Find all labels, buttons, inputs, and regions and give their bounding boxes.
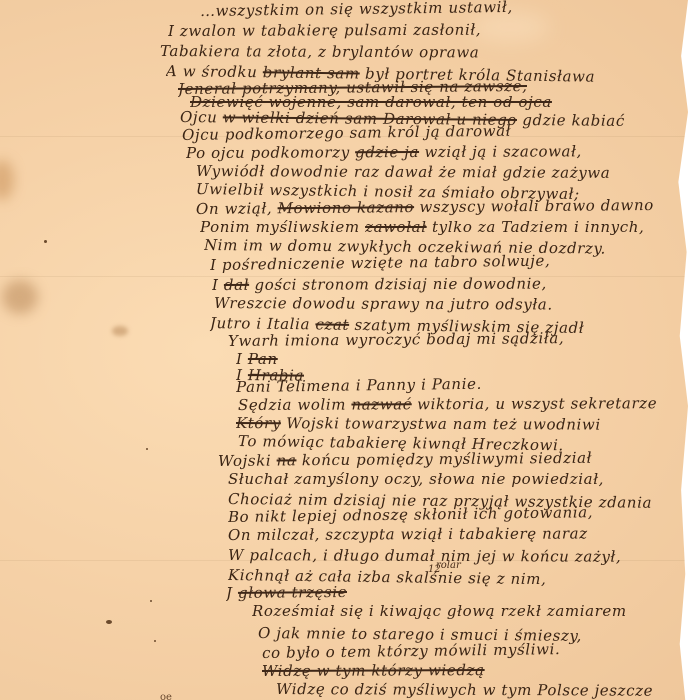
line-text: A w środku [166,62,263,81]
line-text-after: wiktoria, u wszyst sekretarze [417,394,657,413]
water-stain [2,280,38,314]
manuscript-line: J głowa trzęsie [226,583,347,602]
manuscript-line: W palcach, i długo dumał nim jej w końcu… [228,546,621,566]
line-text-after: wszyscy wołali brawo dawno [419,196,653,216]
water-stain [112,326,128,336]
manuscript-line: Słuchał zamyślony oczy, słowa nie powied… [228,470,604,488]
line-text: Ojcu podkomorzego sam król ją darował [182,122,511,144]
line-text: Po ojcu podkomorzy [186,143,355,162]
line-text: co było o tem którzy mówili myśliwi. [262,640,561,662]
manuscript-line: Po ojcu podkomorzy gdzie ja wziął ją i s… [186,142,582,162]
manuscript-line: Wojski na końcu pomiędzy myśliwymi siedz… [218,449,592,470]
line-text-after: wziął ją i szacował, [424,142,582,161]
manuscript-line: Który Wojski towarzystwa nam też uwodniw… [236,414,601,434]
margin-mark: oe [160,692,172,700]
ink-speck [146,448,148,450]
line-text: Ojcu [180,108,223,126]
manuscript-line: On milczał, szczypta wziął i tabakierę n… [228,524,588,544]
line-text: On wziął, [196,199,278,218]
manuscript-line: Wywiódł dowodnie raz dawał że miał gdzie… [196,162,610,182]
struck-text: Widzę w tym którzy wiedzą [262,661,485,680]
manuscript-line: Widzę w tym którzy wiedzą [262,661,485,680]
line-text: W palcach, i długo dumał nim jej w końcu… [228,546,621,566]
line-text: Widzę co dziś myśliwych w tym Polsce jes… [276,680,653,700]
line-text: Wojski [218,451,277,470]
struck-text: głowa trzęsie [238,583,347,602]
water-stain [0,160,14,200]
struck-text: gdzie ja [355,143,419,161]
ink-speck [154,640,156,642]
line-text-after: tylko za Tadziem i innych, [432,218,644,236]
manuscript-line: Tabakiera ta złota, z brylantów oprawa [160,42,479,61]
struck-text: Mowiono kazano [278,198,415,217]
line-text: Słuchał zamyślony oczy, słowa nie powied… [228,470,604,488]
struck-text: dał [224,276,249,294]
line-text: Ponim myśliwskiem [200,218,365,236]
line-text: J [226,584,238,602]
ink-speck [44,240,47,243]
manuscript-line: Roześmiał się i kiwając głową rzekł zami… [252,602,627,620]
line-text: I [212,276,224,294]
manuscript-line: Sędzia wolim nazwać wiktoria, u wszyst s… [238,394,657,414]
line-text: I zwalon w tabakierę pulsami zasłonił, [168,21,481,40]
line-text: Wreszcie dowodu sprawy na jutro odsyła. [214,294,553,313]
manuscript-line: co było o tem którzy mówili myśliwi. [262,640,561,662]
manuscript-page: …wszystkim on się wszystkim ustawił, I z… [0,0,688,700]
manuscript-line: Ywarh imiona wyroczyć bodaj mi sądziła, [228,329,564,350]
manuscript-line: Widzę co dziś myśliwych w tym Polsce jes… [276,680,653,700]
line-text: …wszystkim on się wszystkim ustawił, [200,0,513,20]
line-text: Wywiódł dowodnie raz dawał że miał gdzie… [196,162,610,182]
line-text: Pani Telimena i Panny i Panie. [236,375,482,396]
manuscript-line: …wszystkim on się wszystkim ustawił, [200,0,513,20]
manuscript-line: I dał gości stronom dzisiaj nie dowodnie… [212,275,547,294]
struck-text: na [277,451,297,469]
manuscript-line: Ponim myśliwskiem zawołał tylko za Tadzi… [200,218,644,236]
manuscript-line: Wreszcie dowodu sprawy na jutro odsyła. [214,294,553,313]
line-text-after: końcu pomiędzy myśliwymi siedział [302,449,592,470]
line-text: I pośredniczenie wzięte na tabro solwuje… [210,252,551,274]
manuscript-line: Bo nikt lepiej odnoszę skłonił ich gotow… [228,503,593,526]
manuscript-line: Ojcu podkomorzego sam król ją darował [182,122,511,144]
struck-text: nazwać [351,395,411,413]
line-text: Bo nikt lepiej odnoszę skłonił ich gotow… [228,503,593,526]
line-text: Roześmiał się i kiwając głową rzekł zami… [252,602,627,620]
line-text: On milczał, szczypta wziął i tabakierę n… [228,524,588,544]
ink-speck [106,620,112,624]
manuscript-line: I zwalon w tabakierę pulsami zasłonił, [168,21,481,40]
struck-text: zawołał [365,218,427,236]
struck-text: Który [236,414,281,432]
line-text-after: gości stronom dzisiaj nie dowodnie, [254,275,546,294]
ink-speck [150,600,152,602]
interlinear-insertion: 12 [428,564,441,575]
line-text-after: gdzie kabiać [522,111,625,130]
line-text-after: Wojski towarzystwa nam też uwodniwi [286,414,601,433]
water-stain [470,12,550,42]
manuscript-line: Pani Telimena i Panny i Panie. [236,375,482,396]
line-text: Sędzia wolim [238,396,352,414]
manuscript-line: On wziął, Mowiono kazano wszyscy wołali … [196,196,654,218]
line-text: Ywarh imiona wyroczyć bodaj mi sądziła, [228,329,564,350]
line-text: Tabakiera ta złota, z brylantów oprawa [160,42,479,61]
manuscript-line: I pośredniczenie wzięte na tabro solwuje… [210,252,551,274]
